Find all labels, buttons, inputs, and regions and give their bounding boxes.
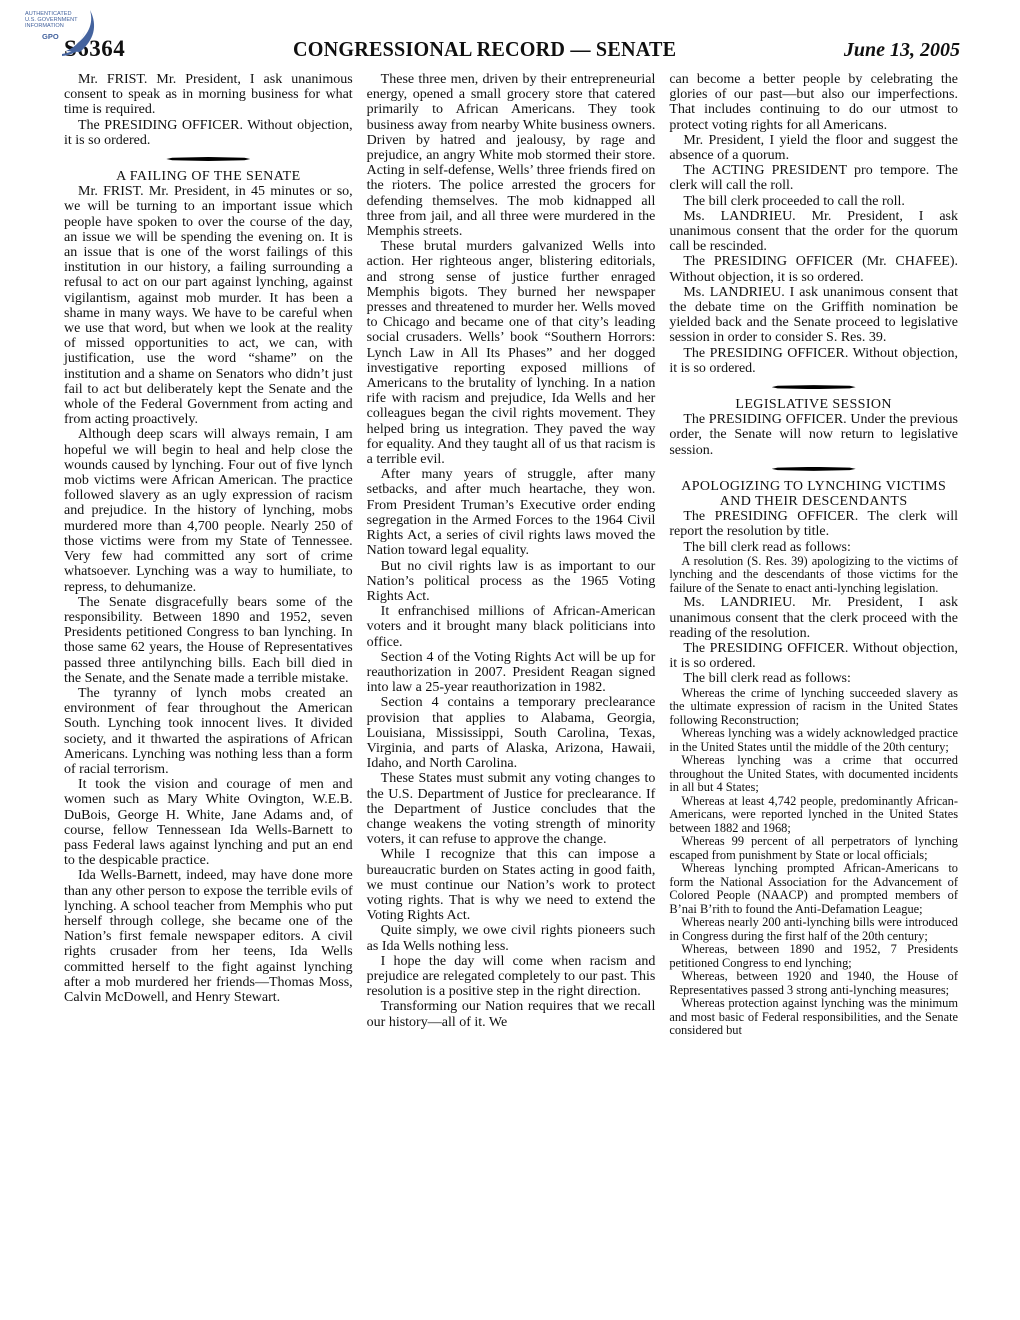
resolution-clause: Whereas lynching was a crime that occurr… bbox=[669, 754, 958, 795]
column-right: can become a better people by celebratin… bbox=[669, 72, 958, 1038]
issue-date: June 13, 2005 bbox=[844, 39, 960, 62]
body-paragraph: It took the vision and courage of men an… bbox=[64, 777, 353, 868]
body-paragraph: Section 4 contains a temporary precleara… bbox=[367, 695, 656, 771]
body-paragraph: It enfranchised millions of African-Amer… bbox=[367, 604, 656, 650]
body-paragraph: Section 4 of the Voting Rights Act will … bbox=[367, 650, 656, 696]
body-paragraph: Mr. FRIST. Mr. President, in 45 minutes … bbox=[64, 184, 353, 427]
body-paragraph: Mr. President, I yield the floor and sug… bbox=[669, 133, 958, 163]
section-divider bbox=[669, 376, 958, 397]
section-heading: A FAILING OF THE SENATE bbox=[64, 169, 353, 184]
gpo-seal-text-line3: INFORMATION bbox=[25, 23, 64, 29]
body-paragraph: But no civil rights law is as important … bbox=[367, 559, 656, 605]
gpo-authentication-seal: AUTHENTICATED U.S. GOVERNMENT INFORMATIO… bbox=[22, 6, 106, 64]
page-header: S6364 CONGRESSIONAL RECORD — SENATE June… bbox=[0, 0, 1020, 70]
section-heading: LEGISLATIVE SESSION bbox=[669, 397, 958, 412]
body-paragraph: Although deep scars will always remain, … bbox=[64, 427, 353, 594]
section-divider bbox=[669, 458, 958, 479]
body-paragraph: The PRESIDING OFFICER (Mr. CHAFEE). With… bbox=[669, 254, 958, 284]
section-divider bbox=[64, 148, 353, 169]
body-paragraph: The PRESIDING OFFICER. The clerk will re… bbox=[669, 509, 958, 539]
column-left: Mr. FRIST. Mr. President, I ask unanimou… bbox=[64, 72, 353, 1038]
body-paragraph: The bill clerk proceeded to call the rol… bbox=[669, 194, 958, 209]
body-paragraph: I hope the day will come when racism and… bbox=[367, 954, 656, 1000]
column-middle: These three men, driven by their entrepr… bbox=[367, 72, 656, 1038]
body-paragraph: Mr. FRIST. Mr. President, I ask unanimou… bbox=[64, 72, 353, 118]
body-paragraph: Ms. LANDRIEU. I ask unanimous consent th… bbox=[669, 285, 958, 346]
body-paragraph: These States must submit any voting chan… bbox=[367, 771, 656, 847]
section-heading: APOLOGIZING TO LYNCHING VICTIMS AND THEI… bbox=[669, 479, 958, 509]
resolution-clause: Whereas, between 1920 and 1940, the Hous… bbox=[669, 970, 958, 997]
masthead-title: CONGRESSIONAL RECORD — SENATE bbox=[293, 37, 676, 62]
body-paragraph: These brutal murders galvanized Wells in… bbox=[367, 239, 656, 467]
resolution-clause: Whereas, between 1890 and 1952, 7 Presid… bbox=[669, 943, 958, 970]
body-paragraph: Quite simply, we owe civil rights pionee… bbox=[367, 923, 656, 953]
resolution-clause: Whereas 99 percent of all perpetrators o… bbox=[669, 835, 958, 862]
body-paragraph: The bill clerk read as follows: bbox=[669, 671, 958, 686]
body-paragraph: Ida Wells-Barnett, indeed, may have done… bbox=[64, 868, 353, 1005]
resolution-clause: Whereas the crime of lynching succeeded … bbox=[669, 687, 958, 728]
divider-rule-icon bbox=[166, 157, 250, 161]
article-columns: Mr. FRIST. Mr. President, I ask unanimou… bbox=[0, 70, 1020, 1038]
resolution-clause: Whereas protection against lynching was … bbox=[669, 997, 958, 1038]
gpo-seal-text-gpo: GPO bbox=[42, 32, 59, 41]
resolution-clause: Whereas nearly 200 anti-lynching bills w… bbox=[669, 916, 958, 943]
body-paragraph: The PRESIDING OFFICER. Without objection… bbox=[669, 641, 958, 671]
body-paragraph: While I recognize that this can impose a… bbox=[367, 847, 656, 923]
body-paragraph: The bill clerk read as follows: bbox=[669, 540, 958, 555]
body-paragraph: The Senate disgracefully bears some of t… bbox=[64, 595, 353, 686]
divider-rule-icon bbox=[772, 385, 856, 389]
body-paragraph: These three men, driven by their entrepr… bbox=[367, 72, 656, 239]
body-paragraph: Transforming our Nation requires that we… bbox=[367, 999, 656, 1029]
body-paragraph: The PRESIDING OFFICER. Without objection… bbox=[64, 118, 353, 148]
resolution-clause: Whereas at least 4,742 people, predomina… bbox=[669, 795, 958, 836]
body-paragraph: Ms. LANDRIEU. Mr. President, I ask unani… bbox=[669, 209, 958, 255]
divider-rule-icon bbox=[772, 467, 856, 471]
body-paragraph: After many years of struggle, after many… bbox=[367, 467, 656, 558]
body-paragraph: Ms. LANDRIEU. Mr. President, I ask unani… bbox=[669, 595, 958, 641]
body-paragraph-continuation: can become a better people by celebratin… bbox=[669, 72, 958, 133]
resolution-clause: A resolution (S. Res. 39) apologizing to… bbox=[669, 555, 958, 596]
body-paragraph: The PRESIDING OFFICER. Without objection… bbox=[669, 346, 958, 376]
body-paragraph: The tyranny of lynch mobs created an env… bbox=[64, 686, 353, 777]
congressional-record-page: AUTHENTICATED U.S. GOVERNMENT INFORMATIO… bbox=[0, 0, 1020, 1320]
resolution-clause: Whereas lynching was a widely acknowledg… bbox=[669, 727, 958, 754]
body-paragraph: The ACTING PRESIDENT pro tempore. The cl… bbox=[669, 163, 958, 193]
resolution-clause: Whereas lynching prompted African-Americ… bbox=[669, 862, 958, 916]
body-paragraph: The PRESIDING OFFICER. Under the previou… bbox=[669, 412, 958, 458]
